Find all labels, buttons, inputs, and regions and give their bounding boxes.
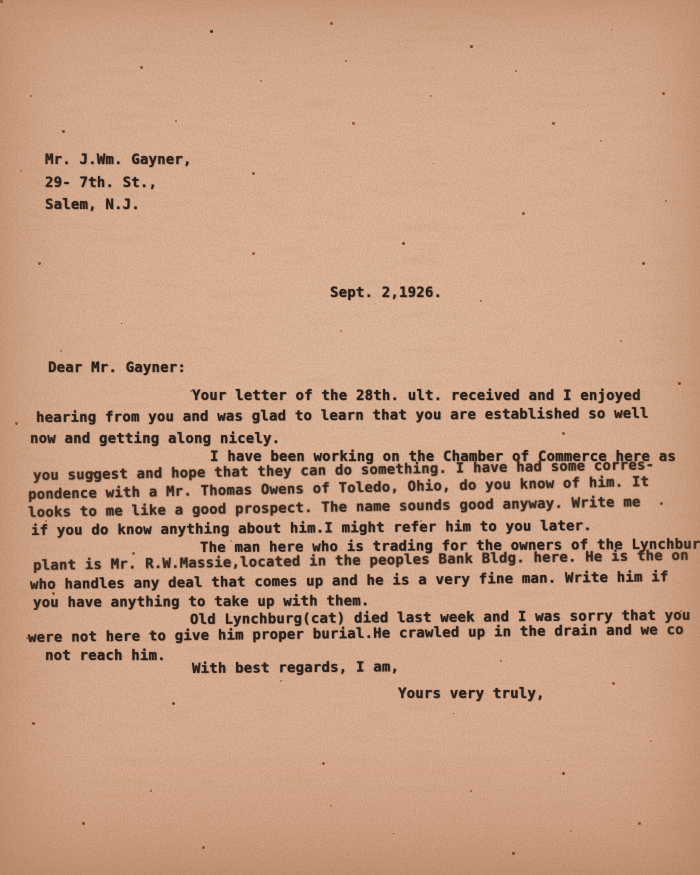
body-line: Your letter of the 28th. ult. received a…: [192, 388, 641, 404]
body-line: you have anything to take up with them.: [33, 593, 370, 611]
closing-line: With best regards, I am,: [192, 659, 399, 677]
body-line: not reach him.: [45, 648, 166, 664]
address-line-2: 29- 7th. St.,: [45, 175, 157, 191]
body-line: hearing from you and was glad to learn t…: [36, 406, 649, 426]
letter-page: Mr. J.Wm. Gayner, 29- 7th. St., Salem, N…: [0, 0, 700, 875]
body-line: were not here to give him proper burial.…: [28, 622, 684, 646]
address-line-1: Mr. J.Wm. Gayner,: [45, 152, 192, 168]
body-line: now and getting along nicely.: [30, 431, 280, 447]
signoff-line: Yours very truly,: [398, 686, 545, 702]
body-line: who handles any deal that comes up and h…: [30, 569, 669, 593]
address-line-3: Salem, N.J.: [45, 197, 140, 213]
salutation: Dear Mr. Gayner:: [48, 360, 186, 376]
date-line: Sept. 2,1926.: [330, 285, 442, 301]
body-line: if you do know anything about him.I migh…: [31, 518, 592, 539]
